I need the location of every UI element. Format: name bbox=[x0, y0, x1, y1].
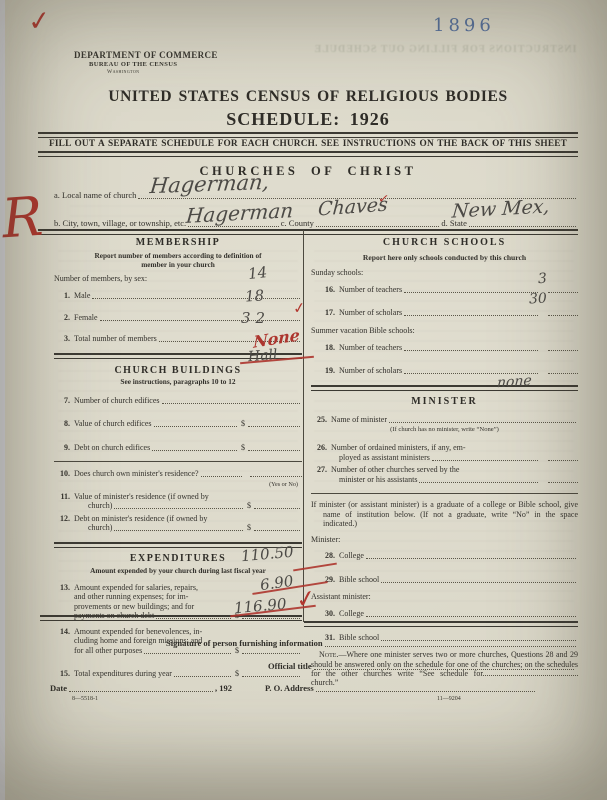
item-label: Value of church edifices bbox=[74, 419, 152, 429]
item-label: College bbox=[339, 609, 364, 619]
handwritten-total-members: 32 bbox=[241, 309, 270, 327]
item-label: church) bbox=[88, 523, 112, 533]
handwritten-county: Chaves bbox=[317, 193, 388, 220]
rule bbox=[38, 132, 578, 138]
handwritten-teachers-count: 3 bbox=[537, 271, 547, 288]
item-number: 30. bbox=[319, 609, 335, 619]
expenditures-subheading: Amount expended by your church during la… bbox=[54, 566, 302, 575]
item-label: Number of scholars bbox=[339, 308, 402, 318]
item-number: 16. bbox=[319, 285, 335, 295]
dotted-line bbox=[254, 508, 300, 509]
date-label: Date bbox=[50, 683, 67, 693]
item-label: Number of church edifices bbox=[74, 396, 160, 406]
year-suffix: , 192 bbox=[215, 683, 232, 693]
dotted-line bbox=[254, 530, 300, 531]
answer-line bbox=[548, 292, 578, 293]
dotted-line bbox=[404, 350, 538, 351]
membership-heading: MEMBERSHIP bbox=[54, 238, 302, 248]
denomination-heading: CHURCHES OF CHRIST bbox=[38, 164, 578, 179]
item-7-edifices: 7. Number of church edifices bbox=[54, 396, 302, 406]
dotted-line bbox=[419, 482, 538, 483]
dotted-line bbox=[248, 450, 300, 451]
item-label: Total expenditures during year bbox=[74, 669, 172, 679]
rule bbox=[40, 615, 302, 621]
item-27-other-churches: 27. Number of other churches served by t… bbox=[311, 465, 578, 475]
official-title-label: Official title bbox=[268, 661, 312, 671]
handwritten-minister-name: none bbox=[496, 373, 532, 392]
dotted-line bbox=[162, 403, 300, 404]
margin-letter-r: R bbox=[0, 185, 45, 251]
dotted-line bbox=[152, 450, 237, 451]
rule bbox=[311, 493, 578, 494]
item-number: 25. bbox=[311, 415, 327, 425]
item-label: for all other purposes bbox=[74, 646, 142, 656]
po-address-row: P. O. Address bbox=[265, 683, 537, 693]
item-number: 11. bbox=[54, 492, 70, 502]
stamp-number: 1896 bbox=[433, 15, 495, 36]
dotted-line bbox=[469, 226, 576, 227]
item-number: 14. bbox=[54, 627, 70, 637]
agency-city: Washington bbox=[107, 69, 218, 75]
dotted-line bbox=[114, 530, 243, 531]
answer-line bbox=[548, 460, 578, 461]
field-a-label: a. Local name of church bbox=[54, 190, 136, 200]
note-lead: Note.— bbox=[319, 650, 346, 659]
dotted-line bbox=[404, 315, 538, 316]
item-26-ordained: 26. Number of ordained ministers, if any… bbox=[311, 443, 578, 453]
print-code: 11—9204 bbox=[437, 696, 461, 702]
dotted-line bbox=[366, 616, 576, 617]
buildings-heading: CHURCH BUILDINGS bbox=[54, 366, 302, 376]
summer-schools-label: Summer vacation Bible schools: bbox=[311, 326, 578, 336]
item-number: 26. bbox=[311, 443, 327, 453]
handwritten-church-name: Hagerman, bbox=[149, 170, 271, 198]
schools-subheading: Report here only schools conducted by th… bbox=[311, 253, 578, 262]
item-12-debt-residence: 12. Debt on minister's residence (if own… bbox=[54, 514, 302, 524]
dotted-line bbox=[316, 691, 535, 692]
amount-cents: 50 bbox=[274, 543, 295, 563]
item-28-college: 28. College bbox=[311, 551, 578, 561]
answer-line bbox=[548, 315, 578, 316]
minister-hint: (If church has no minister, write “None”… bbox=[311, 425, 578, 435]
item-27-continuation: minister or his assistants bbox=[311, 475, 578, 485]
item-number: 18. bbox=[319, 343, 335, 353]
answer-line bbox=[548, 482, 578, 483]
dotted-line bbox=[248, 426, 300, 427]
item-label: Female bbox=[74, 313, 98, 323]
item-label: Value of minister's residence (if owned … bbox=[74, 492, 209, 502]
scan-edge bbox=[0, 0, 5, 800]
rule bbox=[54, 461, 302, 462]
item-9-debt-edifices: 9. Debt on church edifices $ bbox=[54, 443, 302, 453]
item-label: ployed as assistant ministers bbox=[339, 453, 430, 463]
item-label: Amount expended for salaries, repairs, bbox=[74, 583, 198, 593]
signature-row: Signature of person furnishing informati… bbox=[166, 638, 578, 648]
answer-line bbox=[548, 373, 578, 374]
handwritten-scholars-count: 30 bbox=[529, 291, 548, 308]
top-checkmark: ✓ bbox=[26, 5, 52, 38]
item-26-continuation: ployed as assistant ministers bbox=[311, 453, 578, 463]
dollar-sign: $ bbox=[247, 523, 251, 533]
item-17-scholars: 17. Number of scholars bbox=[311, 308, 578, 318]
dotted-line bbox=[389, 422, 576, 423]
dotted-line bbox=[483, 675, 578, 676]
dollar-sign: $ bbox=[247, 501, 251, 511]
yes-or-no-hint: (Yes or No) bbox=[54, 480, 298, 490]
agency-bureau: BUREAU OF THE CENSUS bbox=[89, 61, 218, 68]
item-label: Number of scholars bbox=[339, 366, 402, 376]
dotted-line bbox=[242, 676, 300, 677]
answer-line bbox=[250, 476, 302, 477]
dotted-line bbox=[316, 226, 440, 227]
column-divider bbox=[303, 230, 304, 622]
dollar-sign: $ bbox=[235, 669, 239, 679]
item-number: 9. bbox=[54, 443, 70, 453]
schedule-title: SCHEDULE: 1926 bbox=[38, 109, 578, 130]
item-number: 15. bbox=[54, 669, 70, 679]
scanned-census-form: INSTRUCTIONS FOR FILLING OUT SCHEDULE ✓ … bbox=[0, 0, 607, 800]
answer-line bbox=[548, 350, 578, 351]
item-label: Total number of members bbox=[74, 334, 157, 344]
item-15-total-expenditures: 15. Total expenditures during year $ bbox=[54, 669, 302, 679]
membership-subheading-line1: Report number of members according to de… bbox=[54, 251, 302, 260]
item-number: 17. bbox=[319, 308, 335, 318]
item-30-college: 30. College bbox=[311, 609, 578, 619]
item-label: Debt on minister's residence (if owned b… bbox=[74, 514, 207, 524]
dollar-sign: $ bbox=[241, 443, 245, 453]
item-number: 27. bbox=[311, 465, 327, 475]
item-11-value-residence: 11. Value of minister's residence (if ow… bbox=[54, 492, 302, 502]
item-number: 1. bbox=[54, 291, 70, 301]
dollar-sign: $ bbox=[241, 419, 245, 429]
field-b-label: b. City, town, village, or township, etc… bbox=[54, 218, 186, 228]
dotted-line bbox=[325, 646, 576, 647]
bleedthrough-text: INSTRUCTIONS FOR FILLING OUT SCHEDULE bbox=[295, 44, 595, 55]
buildings-subheading: See instructions, paragraphs 10 to 12 bbox=[54, 377, 302, 386]
po-address-label: P. O. Address bbox=[265, 683, 314, 693]
total-members-checkmark: ✓ bbox=[292, 298, 307, 318]
item-number: 28. bbox=[319, 551, 335, 561]
dotted-line bbox=[201, 476, 242, 477]
item-10-own-residence: 10. Does church own minister's residence… bbox=[54, 469, 302, 479]
item-1-male: 1. Male bbox=[54, 291, 302, 301]
item-label: Does church own minister's residence? bbox=[74, 469, 199, 479]
dotted-line bbox=[174, 676, 231, 677]
dotted-line bbox=[242, 653, 300, 654]
item-number: 13. bbox=[54, 583, 70, 593]
item-label: Bible school bbox=[339, 575, 379, 585]
item-25-minister-name: 25. Name of minister bbox=[311, 415, 578, 425]
handwritten-male-count: 14 bbox=[247, 263, 268, 283]
agency-block: DEPARTMENT OF COMMERCE BUREAU OF THE CEN… bbox=[74, 50, 218, 75]
item-label: Amount expended for benevolences, in- bbox=[74, 627, 202, 637]
item-number: 10. bbox=[54, 469, 70, 479]
item-11-continuation: church) $ bbox=[54, 501, 302, 511]
dotted-line bbox=[144, 653, 231, 654]
dotted-line bbox=[366, 558, 576, 559]
amount-dollars: 110. bbox=[240, 544, 275, 565]
item-label: Number of other churches served by the bbox=[331, 465, 459, 475]
signature-label: Signature of person furnishing informati… bbox=[166, 638, 323, 648]
item-18-teachers: 18. Number of teachers bbox=[311, 343, 578, 353]
item-label: Name of minister bbox=[331, 415, 387, 425]
rule bbox=[304, 621, 578, 627]
dotted-line bbox=[154, 426, 237, 427]
item-label: Male bbox=[74, 291, 90, 301]
rule bbox=[311, 385, 578, 391]
minister-label: Minister: bbox=[311, 535, 578, 545]
item-number: 8. bbox=[54, 419, 70, 429]
item-label: Number of teachers bbox=[339, 285, 402, 295]
dotted-line bbox=[314, 669, 574, 670]
item-label: minister or his assistants bbox=[339, 475, 417, 485]
item-number: 7. bbox=[54, 396, 70, 406]
item-number: 12. bbox=[54, 514, 70, 524]
date-row: Date , 192 bbox=[50, 683, 232, 693]
form-title-block: UNITED STATES CENSUS OF RELIGIOUS BODIES… bbox=[38, 88, 578, 130]
official-title-row: Official title bbox=[268, 661, 576, 671]
item-label: Debt on church edifices bbox=[74, 443, 150, 453]
dotted-line bbox=[404, 292, 538, 293]
handwritten-female-count: 18 bbox=[244, 286, 264, 305]
item-number: 19. bbox=[319, 366, 335, 376]
dotted-line bbox=[432, 460, 538, 461]
minister-heading: MINISTER bbox=[311, 397, 578, 407]
item-label: College bbox=[339, 551, 364, 561]
dotted-line bbox=[92, 298, 300, 299]
rule bbox=[38, 151, 578, 157]
assistant-minister-label: Assistant minister: bbox=[311, 592, 578, 602]
item-12-continuation: church) $ bbox=[54, 523, 302, 533]
item-label: church) bbox=[88, 501, 112, 511]
schools-heading: CHURCH SCHOOLS bbox=[311, 238, 578, 248]
item-number: 2. bbox=[54, 313, 70, 323]
item-29-bible-school: 29. Bible school bbox=[311, 575, 578, 585]
dotted-line bbox=[69, 691, 213, 692]
graduate-note: If minister (or assistant minister) is a… bbox=[311, 500, 578, 528]
item-19-scholars: 19. Number of scholars bbox=[311, 366, 578, 376]
dotted-line bbox=[114, 508, 243, 509]
dotted-line bbox=[381, 582, 576, 583]
item-number: 3. bbox=[54, 334, 70, 344]
form-title: UNITED STATES CENSUS OF RELIGIOUS BODIES bbox=[38, 88, 578, 106]
item-14-benevolences: 14. Amount expended for benevolences, in… bbox=[54, 627, 302, 637]
item-label: Number of teachers bbox=[339, 343, 402, 353]
banner-instruction: FILL OUT A SEPARATE SCHEDULE FOR EACH CH… bbox=[43, 139, 572, 149]
form-number: 8—5518-1 bbox=[72, 696, 98, 702]
agency-dept: DEPARTMENT OF COMMERCE bbox=[74, 50, 218, 60]
item-8-value-edifices: 8. Value of church edifices $ bbox=[54, 419, 302, 429]
item-label: Number of ordained ministers, if any, em… bbox=[331, 443, 466, 453]
rule bbox=[38, 229, 578, 235]
